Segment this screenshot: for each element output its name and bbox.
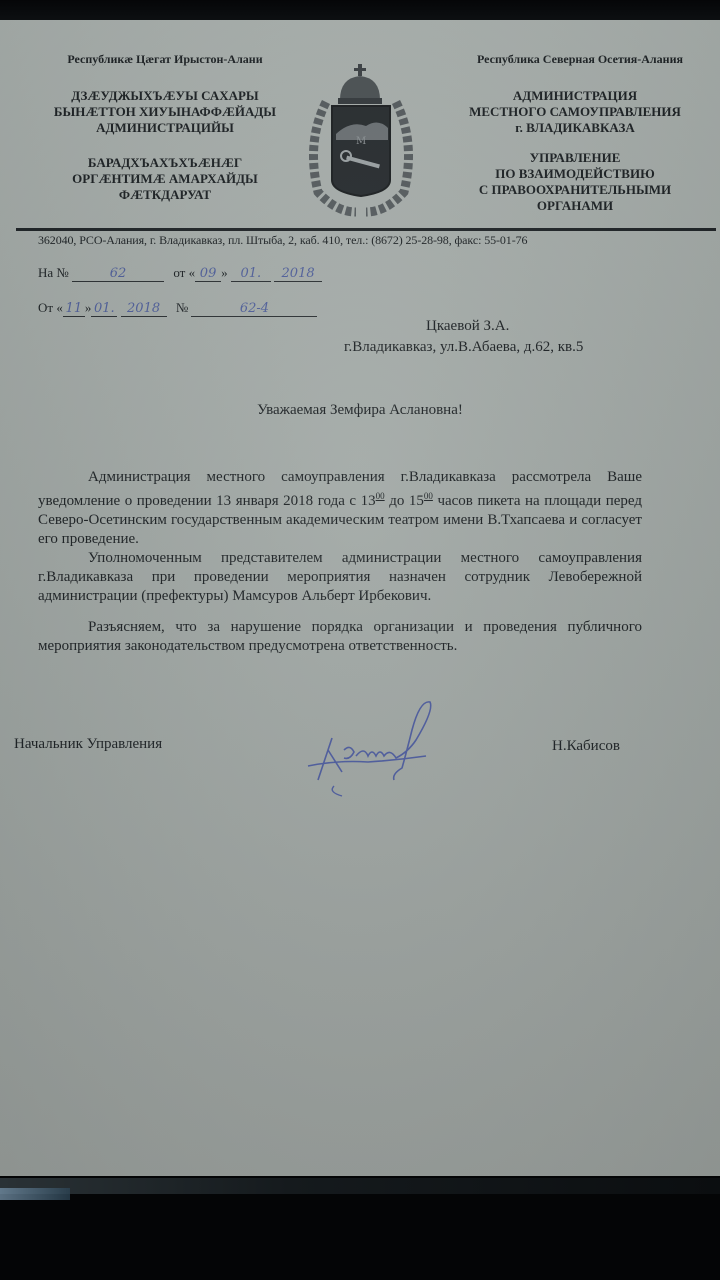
photo-background-edge (0, 1178, 720, 1194)
letterhead-right-republic: Республика Северная Осетия-Алания (460, 52, 700, 67)
letterhead-address: 362040, РСО-Алания, г. Владикавказ, пл. … (38, 233, 527, 248)
photo-background-top (0, 0, 720, 22)
svg-text:M: M (356, 136, 366, 147)
ref-label: № (176, 300, 188, 315)
body-paragraph-1: Администрация местного самоуправления г.… (38, 468, 642, 549)
incoming-year-field: 2018 (274, 266, 322, 282)
letterhead-line: г. ВЛАДИКАВКАЗА (460, 120, 690, 136)
signatory-name: Н.Кабисов (552, 738, 620, 755)
outgoing-month-field: 01. (91, 301, 117, 317)
letterhead-line: МЕСТНОГО САМОУПРАВЛЕНИЯ (460, 104, 690, 120)
outgoing-number-field: 62-4 (191, 301, 317, 317)
ref-label: От « (38, 300, 63, 315)
letterhead-line: ПО ВЗАИМОДЕЙСТВИЮ (460, 166, 690, 182)
letter-body: Администрация местного самоуправления г.… (38, 468, 642, 656)
body-paragraph-3: Разъясняем, что за нарушение порядка орг… (38, 618, 642, 656)
ref-label: от « (173, 265, 195, 280)
letter-paper: Республикæ Цæгат Ирыстон-Алани ДЗÆУДЖЫХЪ… (0, 20, 720, 1178)
outgoing-year-field: 2018 (121, 301, 167, 317)
incoming-reference: На № 62 от «09» 01. 2018 (38, 265, 322, 282)
photo-background-object (0, 1188, 70, 1200)
letterhead-line: АДМИНИСТРАЦИЙЫ (40, 120, 290, 136)
body-paragraph-2: Уполномоченным представителем администра… (38, 549, 642, 606)
letterhead-line: АДМИНИСТРАЦИЯ (460, 88, 690, 104)
body-text-span: до 15 (385, 493, 424, 509)
incoming-day-field: 09 (195, 266, 221, 282)
outgoing-day-field: 11 (63, 301, 85, 317)
letterhead-line: ОРГАНАМИ (460, 198, 690, 214)
coat-of-arms-icon: M (296, 62, 426, 222)
salutation: Уважаемая Земфира Аслановна! (0, 402, 720, 419)
ref-label: » (221, 265, 228, 280)
letterhead-left-department: БАРАДХЪАХЪХЪÆНÆГ ОРГÆНТИМÆ АМАРХАЙДЫ ФÆТ… (40, 155, 290, 203)
letterhead-line: УПРАВЛЕНИЕ (460, 150, 690, 166)
handwritten-signature-icon (298, 700, 448, 800)
letterhead-right-admin: АДМИНИСТРАЦИЯ МЕСТНОГО САМОУПРАВЛЕНИЯ г.… (460, 88, 690, 136)
recipient-name: Цкаевой З.А. (426, 318, 509, 335)
ref-label: На № (38, 265, 69, 280)
incoming-month-field: 01. (231, 266, 271, 282)
letterhead-line: ОРГÆНТИМÆ АМАРХАЙДЫ (40, 171, 290, 187)
letterhead-line: БАРАДХЪАХЪХЪÆНÆГ (40, 155, 290, 171)
recipient-address: г.Владикавказ, ул.В.Абаева, д.62, кв.5 (344, 339, 583, 356)
time-superscript: 00 (424, 491, 433, 501)
letterhead-line: БЫНÆТТОН ХИУЫНАФФÆЙАДЫ (40, 104, 290, 120)
signatory-title: Начальник Управления (14, 736, 162, 753)
letterhead-divider (16, 228, 716, 231)
letterhead-line: ФÆТКДАРУАТ (40, 187, 290, 203)
letterhead-line: ДЗÆУДЖЫХЪÆУЫ САХАРЫ (40, 88, 290, 104)
letterhead-left-republic: Республикæ Цæгат Ирыстон-Алани (50, 52, 280, 67)
incoming-number-field: 62 (72, 266, 164, 282)
time-superscript: 00 (376, 491, 385, 501)
letterhead-right-department: УПРАВЛЕНИЕ ПО ВЗАИМОДЕЙСТВИЮ С ПРАВООХРА… (460, 150, 690, 214)
letterhead-left-admin: ДЗÆУДЖЫХЪÆУЫ САХАРЫ БЫНÆТТОН ХИУЫНАФФÆЙА… (40, 88, 290, 136)
letterhead-line: С ПРАВООХРАНИТЕЛЬНЫМИ (460, 182, 690, 198)
outgoing-reference: От «11»01. 2018 № 62-4 (38, 300, 317, 317)
